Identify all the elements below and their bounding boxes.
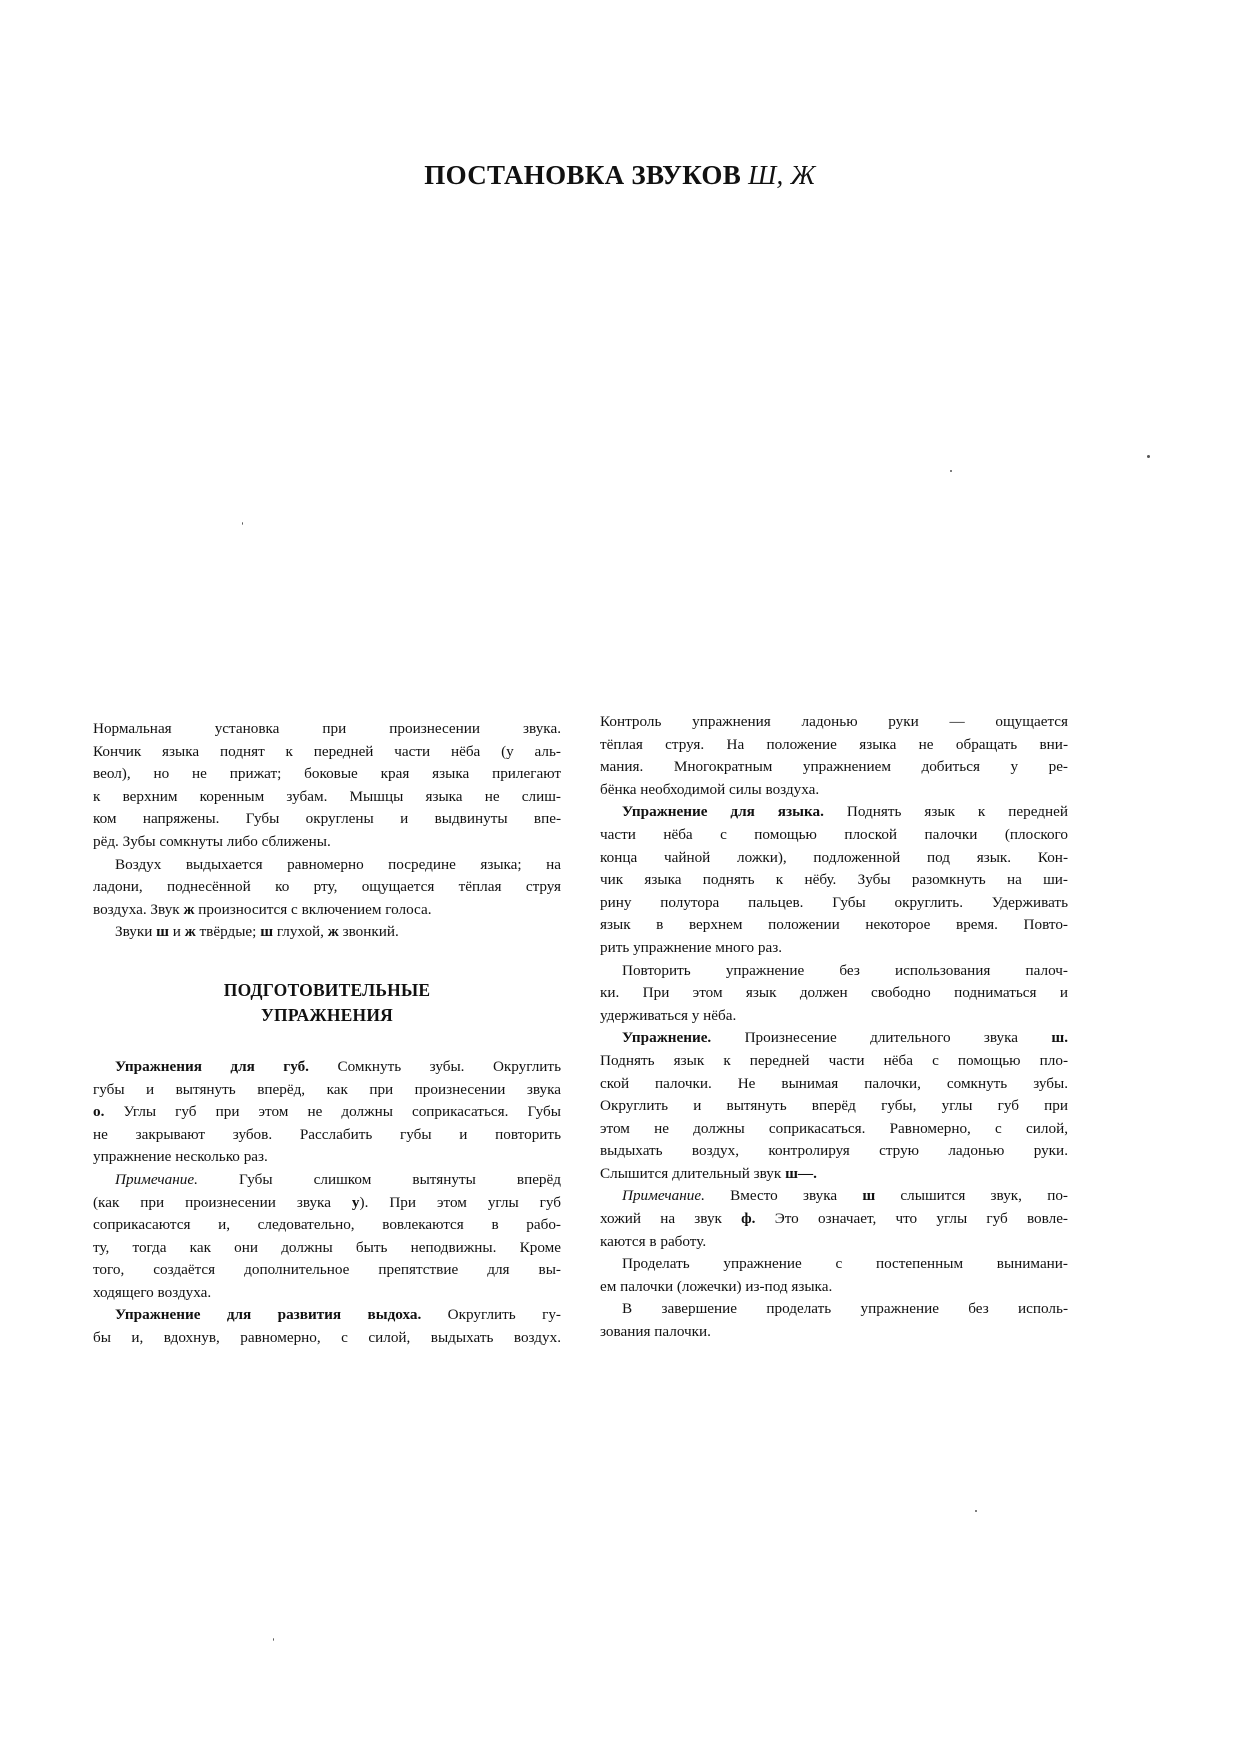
text-line: губы и вытянуть вперёд, как при произнес… <box>93 1079 561 1102</box>
text-line: бы и, вдохнув, равномерно, с силой, выды… <box>93 1327 561 1350</box>
text-line: Повторить упражнение без использования п… <box>600 960 1068 983</box>
text-fragment: Произнесение длительного звука <box>711 1029 1051 1046</box>
text-line: бёнка необходимой силы воздуха. <box>600 779 1068 802</box>
scan-speck <box>242 522 243 525</box>
text-line: Упражнение. Произнесение длительного зву… <box>600 1027 1068 1050</box>
page-title-letters: Ш, Ж <box>748 160 816 190</box>
scan-speck <box>950 470 952 472</box>
scan-speck <box>1147 455 1150 458</box>
text-line: выдыхать воздух, контролируя струю ладон… <box>600 1140 1068 1163</box>
exercise-heading: Упражнение. <box>622 1029 711 1046</box>
scan-speck <box>975 1510 977 1512</box>
text-line: ту, тогда как они должны быть неподвижны… <box>93 1237 561 1260</box>
text-line: веол), но не прижат; боковые края языка … <box>93 763 561 786</box>
paragraph-tongue-exercise: Упражнение для языка. Поднять язык к пер… <box>600 801 1068 959</box>
text-fragment: хожий на звук <box>600 1210 741 1227</box>
text-line: Проделать упражнение с постепенным выним… <box>600 1253 1068 1276</box>
text-line: хожий на звук ф. Это означает, что углы … <box>600 1208 1068 1231</box>
paragraph-sh-exercise: Упражнение. Произнесение длительного зву… <box>600 1027 1068 1185</box>
text-line: Контроль упражнения ладонью руки — ощуща… <box>600 711 1068 734</box>
text-fragment: Слышится длительный звук <box>600 1165 785 1182</box>
scan-speck <box>273 1638 274 1641</box>
sound-letter: ш—. <box>785 1165 817 1182</box>
paragraph-hard-sounds: Звуки ш и ж твёрдые; ш глухой, ж звонкий… <box>93 921 561 944</box>
text-line: удерживаться у нёба. <box>600 1005 1068 1028</box>
text-fragment: Углы губ при этом не должны соприкасатьс… <box>104 1103 561 1120</box>
sound-letter: ш <box>862 1187 875 1204</box>
section-heading-line: УПРАЖНЕНИЯ <box>93 1003 561 1028</box>
text-line: Слышится длительный звук ш—. <box>600 1163 1068 1186</box>
paragraph-gradual-removal: Проделать упражнение с постепенным выним… <box>600 1253 1068 1298</box>
text-line: ем палочки (ложечки) из-под языка. <box>600 1276 1068 1299</box>
text-line: чик языка поднять к нёбу. Зубы разомкнут… <box>600 869 1068 892</box>
sound-letter: ш <box>156 923 169 940</box>
text-line: рить упражнение много раз. <box>600 937 1068 960</box>
sound-letter: ф. <box>741 1210 755 1227</box>
sound-letter: ж <box>328 923 339 940</box>
text-line: ладони, поднесённой ко рту, ощущается тё… <box>93 876 561 899</box>
left-column: Нормальная установка при произнесении зв… <box>93 718 561 1350</box>
text-line: Воздух выдыхается равномерно посредине я… <box>93 854 561 877</box>
paragraph-air: Воздух выдыхается равномерно посредине я… <box>93 854 561 922</box>
note-label: Примечание. <box>622 1187 705 1204</box>
text-line: тёплая струя. На положение языка не обра… <box>600 734 1068 757</box>
text-fragment: ). При этом углы губ <box>360 1194 561 1211</box>
text-line: язык в верхнем положении некоторое время… <box>600 914 1068 937</box>
text-fragment: Вместо звука <box>705 1187 862 1204</box>
right-column: Контроль упражнения ладонью руки — ощуща… <box>600 711 1068 1344</box>
text-fragment: Поднять язык к передней <box>824 803 1068 820</box>
text-fragment: воздуха. Звук <box>93 901 183 918</box>
text-line: о. Углы губ при этом не должны соприкаса… <box>93 1101 561 1124</box>
paragraph-lips-exercise: Упражнения для губ. Сомкнуть зубы. Округ… <box>93 1056 561 1169</box>
text-fragment: (как при произнесении звука <box>93 1194 352 1211</box>
text-line: Примечание. Вместо звука ш слышится звук… <box>600 1185 1068 1208</box>
text-line: Кончик языка поднят к передней части нёб… <box>93 741 561 764</box>
text-line: рёд. Зубы сомкнуты либо сближены. <box>93 831 561 854</box>
text-line: Нормальная установка при произнесении зв… <box>93 718 561 741</box>
text-fragment: звонкий. <box>339 923 399 940</box>
text-line: воздуха. Звук ж произносится с включение… <box>93 899 561 922</box>
text-line: Примечание. Губы слишком вытянуты вперёд <box>93 1169 561 1192</box>
page-title-main: ПОСТАНОВКА ЗВУКОВ <box>424 160 748 190</box>
text-line: части нёба с помощью плоской палочки (пл… <box>600 824 1068 847</box>
exercise-heading: Упражнения для губ. <box>115 1058 309 1075</box>
text-line: того, создаётся дополнительное препятств… <box>93 1259 561 1282</box>
text-fragment: и <box>169 923 185 940</box>
text-line: Звуки ш и ж твёрдые; ш глухой, ж звонкий… <box>93 921 561 944</box>
text-line: рину полутора пальцев. Губы округлить. У… <box>600 892 1068 915</box>
text-line: Упражнение для языка. Поднять язык к пер… <box>600 801 1068 824</box>
sound-letter: у <box>352 1194 360 1211</box>
text-line: ходящего воздуха. <box>93 1282 561 1305</box>
text-fragment: Звуки <box>115 923 156 940</box>
sound-letter: ш. <box>1051 1029 1068 1046</box>
text-fragment: Это означает, что углы губ вовле- <box>755 1210 1068 1227</box>
text-line: зования палочки. <box>600 1321 1068 1344</box>
section-heading-preparatory-exercises: ПОДГОТОВИТЕЛЬНЫЕ УПРАЖНЕНИЯ <box>93 978 561 1028</box>
section-heading-line: ПОДГОТОВИТЕЛЬНЫЕ <box>93 978 561 1003</box>
paragraph-note-sh: Примечание. Вместо звука ш слышится звук… <box>600 1185 1068 1253</box>
text-fragment: слышится звук, по- <box>875 1187 1068 1204</box>
paragraph-normal-setup: Нормальная установка при произнесении зв… <box>93 718 561 854</box>
text-line: В завершение проделать упражнение без ис… <box>600 1298 1068 1321</box>
paragraph-note-lips: Примечание. Губы слишком вытянуты вперёд… <box>93 1169 561 1305</box>
paragraph-exhale-exercise: Упражнение для развития выдоха. Округлит… <box>93 1304 561 1349</box>
sound-letter: ж <box>183 901 194 918</box>
text-line: Упражнение для развития выдоха. Округлит… <box>93 1304 561 1327</box>
text-fragment: Округлить гу- <box>421 1306 561 1323</box>
exercise-heading: Упражнение для развития выдоха. <box>115 1306 421 1323</box>
text-line: Поднять язык к передней части нёба с пом… <box>600 1050 1068 1073</box>
text-fragment: Сомкнуть зубы. Округлить <box>309 1058 561 1075</box>
sound-letter: о. <box>93 1103 104 1120</box>
text-line: конца чайной ложки), подложенной под язы… <box>600 847 1068 870</box>
text-line: ской палочки. Не вынимая палочки, сомкну… <box>600 1073 1068 1096</box>
text-line: упражнение несколько раз. <box>93 1146 561 1169</box>
text-line: к верхним коренным зубам. Мышцы языка не… <box>93 786 561 809</box>
text-line: ком напряжены. Губы округлены и выдвинут… <box>93 808 561 831</box>
sound-letter: ж <box>185 923 196 940</box>
note-label: Примечание. <box>115 1171 198 1188</box>
text-line: Округлить и вытянуть вперёд губы, углы г… <box>600 1095 1068 1118</box>
text-fragment: произносится с включением голоса. <box>194 901 431 918</box>
paragraph-control: Контроль упражнения ладонью руки — ощуща… <box>600 711 1068 801</box>
text-line: соприкасаются и, следовательно, вовлекаю… <box>93 1214 561 1237</box>
text-fragment: глухой, <box>273 923 328 940</box>
page-title: ПОСТАНОВКА ЗВУКОВ Ш, Ж <box>0 160 1240 191</box>
sound-letter: ш <box>260 923 273 940</box>
paragraph-finish: В завершение проделать упражнение без ис… <box>600 1298 1068 1343</box>
text-fragment: Губы слишком вытянуты вперёд <box>198 1171 561 1188</box>
text-line: мания. Многократным упражнением добиться… <box>600 756 1068 779</box>
paragraph-repeat-without-stick: Повторить упражнение без использования п… <box>600 960 1068 1028</box>
text-line: (как при произнесении звука у). При этом… <box>93 1192 561 1215</box>
exercise-heading: Упражнение для языка. <box>622 803 824 820</box>
text-line: Упражнения для губ. Сомкнуть зубы. Округ… <box>93 1056 561 1079</box>
text-fragment: твёрдые; <box>196 923 260 940</box>
text-line: не закрывают зубов. Расслабить губы и по… <box>93 1124 561 1147</box>
text-line: каются в работу. <box>600 1231 1068 1254</box>
text-line: этом не должны соприкасаться. Равномерно… <box>600 1118 1068 1141</box>
text-line: ки. При этом язык должен свободно подним… <box>600 982 1068 1005</box>
